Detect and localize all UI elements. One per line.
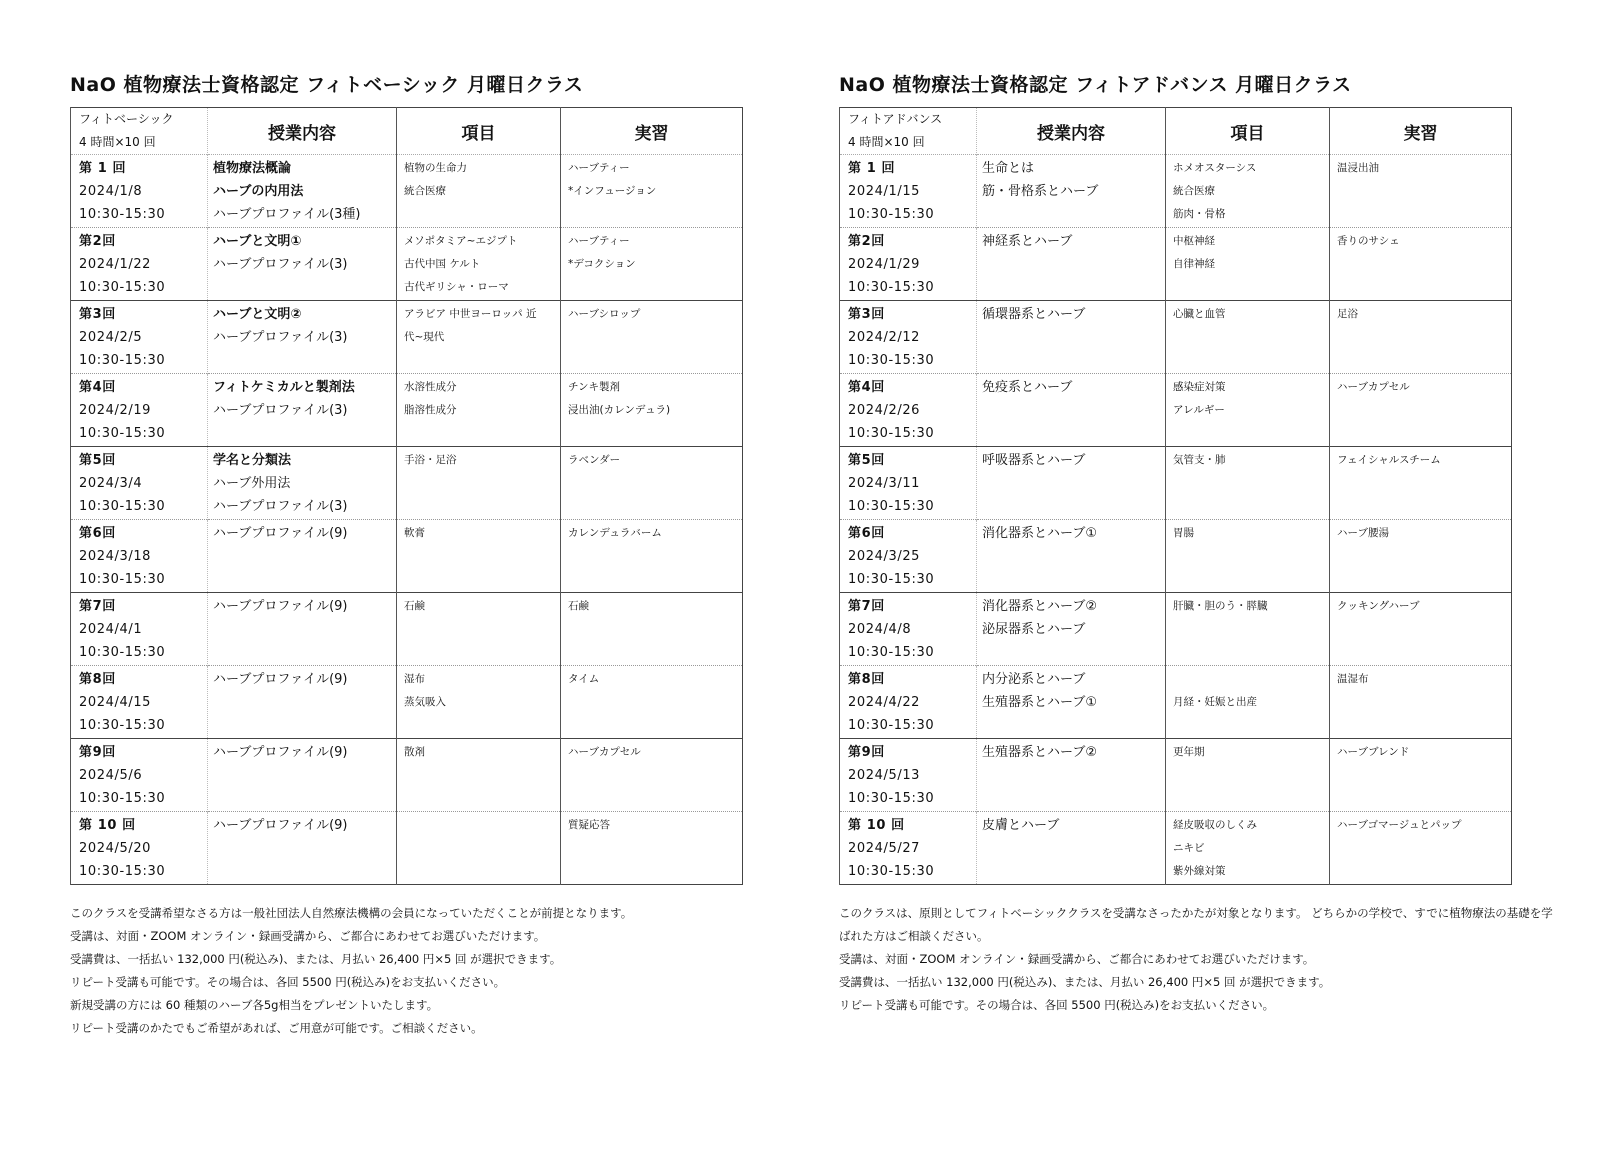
column-header-practice: 実習 <box>1330 108 1512 155</box>
lesson-content: 内分泌系とハーブ <box>977 668 1165 691</box>
topic-cell: 散剤 <box>397 739 561 812</box>
session-row: 第7回2024/4/110:30-15:30ハーブプロファイル(9)石鹸石鹸 <box>71 593 743 666</box>
session-time: 10:30-15:30 <box>840 787 976 810</box>
session-info-cell: 第4回2024/2/2610:30-15:30 <box>840 374 977 447</box>
topic-cell: 経皮吸収のしくみニキビ紫外線対策 <box>1166 812 1330 885</box>
session-number: 第7回 <box>840 595 976 618</box>
session-number: 第4回 <box>71 376 207 399</box>
session-time: 10:30-15:30 <box>71 860 207 883</box>
topic: 胃腸 <box>1166 522 1329 545</box>
session-row: 第9回2024/5/1310:30-15:30生殖器系とハーブ②更年期ハーブブレ… <box>840 739 1512 812</box>
practice-item: *デコクション <box>561 253 742 276</box>
topic: 脂溶性成分 <box>397 399 560 422</box>
session-date: 2024/2/12 <box>840 326 976 349</box>
lesson-content: ハーブプロファイル(3) <box>208 326 396 349</box>
topic-cell: ホメオスターシス統合医療筋肉・骨格 <box>1166 155 1330 228</box>
session-row: 第9回2024/5/610:30-15:30ハーブプロファイル(9)散剤ハーブカ… <box>71 739 743 812</box>
lesson-content-cell: ハーブプロファイル(9) <box>208 812 397 885</box>
topic: 筋肉・骨格 <box>1166 203 1329 226</box>
topic-cell: 更年期 <box>1166 739 1330 812</box>
session-date: 2024/5/13 <box>840 764 976 787</box>
session-date: 2024/3/18 <box>71 545 207 568</box>
session-row: 第5回2024/3/1110:30-15:30呼吸器系とハーブ気管支・肺フェイシ… <box>840 447 1512 520</box>
session-date: 2024/1/29 <box>840 253 976 276</box>
session-number: 第4回 <box>840 376 976 399</box>
topic: 水溶性成分 <box>397 376 560 399</box>
lesson-content-cell: 免疫系とハーブ <box>977 374 1166 447</box>
practice-item-cell: 足浴 <box>1330 301 1512 374</box>
practice-item-cell: 温湿布 <box>1330 666 1512 739</box>
note-line: 受講費は、一括払い 132,000 円(税込み)、または、月払い 26,400 … <box>70 948 790 971</box>
session-row: 第3回2024/2/510:30-15:30ハーブと文明②ハーブプロファイル(3… <box>71 301 743 374</box>
course-hours: 4 時間×10 回 <box>79 131 207 154</box>
topic: 肝臓・胆のう・膵臓 <box>1166 595 1329 618</box>
practice-item-cell: 質疑応答 <box>561 812 743 885</box>
practice-item: ハーブブレンド <box>1330 741 1511 764</box>
session-time: 10:30-15:30 <box>71 495 207 518</box>
topic: 古代ギリシャ・ローマ <box>397 276 560 299</box>
session-info-cell: 第8回2024/4/1510:30-15:30 <box>71 666 208 739</box>
lesson-content-cell: 循環器系とハーブ <box>977 301 1166 374</box>
practice-item: ハーブティー <box>561 230 742 253</box>
session-time: 10:30-15:30 <box>840 276 976 299</box>
session-time: 10:30-15:30 <box>840 860 976 883</box>
lesson-content: 泌尿器系とハーブ <box>977 618 1165 641</box>
session-date: 2024/4/1 <box>71 618 207 641</box>
session-time: 10:30-15:30 <box>840 349 976 372</box>
session-info-cell: 第3回2024/2/510:30-15:30 <box>71 301 208 374</box>
practice-item: 香りのサシェ <box>1330 230 1511 253</box>
lesson-content-cell: ハーブプロファイル(9) <box>208 739 397 812</box>
session-number: 第2回 <box>840 230 976 253</box>
lesson-content: 筋・骨格系とハーブ <box>977 180 1165 203</box>
topic-cell: アラビア 中世ヨーロッパ 近代~現代 <box>397 301 561 374</box>
topic-cell: 胃腸 <box>1166 520 1330 593</box>
session-row: 第4回2024/2/1910:30-15:30フィトケミカルと製剤法ハーブプロフ… <box>71 374 743 447</box>
topic: 植物の生命力 <box>397 157 560 180</box>
column-header-content: 授業内容 <box>977 108 1166 155</box>
session-number: 第9回 <box>71 741 207 764</box>
session-info-cell: 第 1 回2024/1/810:30-15:30 <box>71 155 208 228</box>
topic: アラビア 中世ヨーロッパ 近 <box>397 303 560 326</box>
course-info-header: フィトベーシック 4 時間×10 回 <box>71 108 208 155</box>
topic: 代~現代 <box>397 326 560 349</box>
course-notes: このクラスを受講希望なさる方は一般社団法人自然療法機構の会員になっていただくこと… <box>70 902 790 1040</box>
table-header-row: フィトベーシック 4 時間×10 回 授業内容 項目 実習 <box>71 108 743 155</box>
session-row: 第4回2024/2/2610:30-15:30免疫系とハーブ感染症対策アレルギー… <box>840 374 1512 447</box>
session-date: 2024/1/8 <box>71 180 207 203</box>
note-line: 受講は、対面・ZOOM オンライン・録画受講から、ご都合にあわせてお選びいただけ… <box>70 925 790 948</box>
lesson-content-cell: 生殖器系とハーブ② <box>977 739 1166 812</box>
practice-item-cell: フェイシャルスチーム <box>1330 447 1512 520</box>
session-info-cell: 第7回2024/4/810:30-15:30 <box>840 593 977 666</box>
practice-item: ハーブカプセル <box>1330 376 1511 399</box>
practice-item: ハーブティー <box>561 157 742 180</box>
session-number: 第5回 <box>840 449 976 472</box>
session-date: 2024/3/4 <box>71 472 207 495</box>
session-number: 第9回 <box>840 741 976 764</box>
lesson-content-cell: 学名と分類法ハーブ外用法ハーブプロファイル(3) <box>208 447 397 520</box>
practice-item: 足浴 <box>1330 303 1511 326</box>
session-number: 第2回 <box>71 230 207 253</box>
practice-item: カレンデュラバーム <box>561 522 742 545</box>
topic: メソポタミア~エジプト <box>397 230 560 253</box>
practice-item-cell: ハーブティー*デコクション <box>561 228 743 301</box>
lesson-content: ハーブプロファイル(3) <box>208 253 396 276</box>
session-time: 10:30-15:30 <box>71 276 207 299</box>
session-row: 第2回2024/1/2910:30-15:30神経系とハーブ中枢神経自律神経香り… <box>840 228 1512 301</box>
lesson-content-cell: 神経系とハーブ <box>977 228 1166 301</box>
lesson-content: ハーブプロファイル(9) <box>208 595 396 618</box>
lesson-content: 循環器系とハーブ <box>977 303 1165 326</box>
practice-item: チンキ製剤 <box>561 376 742 399</box>
topic: 自律神経 <box>1166 253 1329 276</box>
lesson-content-cell: 皮膚とハーブ <box>977 812 1166 885</box>
course-notes: このクラスは、原則としてフィトベーシッククラスを受講なさったかたが対象となります… <box>839 902 1559 1017</box>
note-line: このクラスは、原則としてフィトベーシッククラスを受講なさったかたが対象となります… <box>839 902 1559 948</box>
practice-item: 浸出油(カレンデュラ) <box>561 399 742 422</box>
session-time: 10:30-15:30 <box>71 349 207 372</box>
practice-item: フェイシャルスチーム <box>1330 449 1511 472</box>
topic-cell: メソポタミア~エジプト古代中国 ケルト古代ギリシャ・ローマ <box>397 228 561 301</box>
lesson-content-cell: ハーブと文明②ハーブプロファイル(3) <box>208 301 397 374</box>
topic-cell: 気管支・肺 <box>1166 447 1330 520</box>
session-row: 第 10 回2024/5/2010:30-15:30ハーブプロファイル(9)質疑… <box>71 812 743 885</box>
session-row: 第 10 回2024/5/2710:30-15:30皮膚とハーブ経皮吸収のしくみ… <box>840 812 1512 885</box>
column-header-topics: 項目 <box>1166 108 1330 155</box>
session-number: 第5回 <box>71 449 207 472</box>
lesson-content-cell: ハーブと文明①ハーブプロファイル(3) <box>208 228 397 301</box>
lesson-content: ハーブプロファイル(9) <box>208 741 396 764</box>
session-date: 2024/5/20 <box>71 837 207 860</box>
lesson-content: 免疫系とハーブ <box>977 376 1165 399</box>
topic: 湿布 <box>397 668 560 691</box>
session-number: 第7回 <box>71 595 207 618</box>
session-time: 10:30-15:30 <box>840 714 976 737</box>
topic-cell: 植物の生命力統合医療 <box>397 155 561 228</box>
lesson-content: ハーブプロファイル(9) <box>208 668 396 691</box>
session-row: 第7回2024/4/810:30-15:30消化器系とハーブ②泌尿器系とハーブ肝… <box>840 593 1512 666</box>
session-number: 第3回 <box>71 303 207 326</box>
topic-cell: 肝臓・胆のう・膵臓 <box>1166 593 1330 666</box>
topic: 手浴・足浴 <box>397 449 560 472</box>
topic-cell: 湿布蒸気吸入 <box>397 666 561 739</box>
topic: アレルギー <box>1166 399 1329 422</box>
session-time: 10:30-15:30 <box>840 495 976 518</box>
lesson-content: ハーブプロファイル(9) <box>208 522 396 545</box>
practice-item-cell: タイム <box>561 666 743 739</box>
session-date: 2024/3/11 <box>840 472 976 495</box>
session-date: 2024/4/22 <box>840 691 976 714</box>
session-time: 10:30-15:30 <box>840 422 976 445</box>
practice-item-cell: ハーブカプセル <box>1330 374 1512 447</box>
session-date: 2024/1/15 <box>840 180 976 203</box>
session-info-cell: 第2回2024/1/2910:30-15:30 <box>840 228 977 301</box>
session-info-cell: 第5回2024/3/410:30-15:30 <box>71 447 208 520</box>
lesson-content: ハーブと文明② <box>208 303 396 326</box>
session-time: 10:30-15:30 <box>71 568 207 591</box>
lesson-content: 学名と分類法 <box>208 449 396 472</box>
practice-item: ハーブ腰湯 <box>1330 522 1511 545</box>
topic <box>1166 668 1329 691</box>
course-name: フィトベーシック <box>79 108 207 131</box>
lesson-content-cell: 消化器系とハーブ① <box>977 520 1166 593</box>
topic: 散剤 <box>397 741 560 764</box>
session-row: 第6回2024/3/2510:30-15:30消化器系とハーブ①胃腸ハーブ腰湯 <box>840 520 1512 593</box>
session-row: 第8回2024/4/2210:30-15:30内分泌系とハーブ生殖器系とハーブ①… <box>840 666 1512 739</box>
practice-item-cell: ハーブティー*インフュージョン <box>561 155 743 228</box>
session-date: 2024/4/15 <box>71 691 207 714</box>
lesson-content-cell: 植物療法概論ハーブの内用法ハーブプロファイル(3種) <box>208 155 397 228</box>
lesson-content-cell: ハーブプロファイル(9) <box>208 593 397 666</box>
topic: 統合医療 <box>397 180 560 203</box>
lesson-content-cell: 呼吸器系とハーブ <box>977 447 1166 520</box>
course-info-header: フィトアドバンス 4 時間×10 回 <box>840 108 977 155</box>
session-number: 第8回 <box>840 668 976 691</box>
schedule-table: フィトベーシック 4 時間×10 回 授業内容 項目 実習 第 1 回2024/… <box>70 107 743 885</box>
session-info-cell: 第9回2024/5/610:30-15:30 <box>71 739 208 812</box>
session-row: 第8回2024/4/1510:30-15:30ハーブプロファイル(9)湿布蒸気吸… <box>71 666 743 739</box>
session-time: 10:30-15:30 <box>71 714 207 737</box>
note-line: リピート受講も可能です。その場合は、各回 5500 円(税込み)をお支払いくださ… <box>839 994 1559 1017</box>
session-info-cell: 第4回2024/2/1910:30-15:30 <box>71 374 208 447</box>
lesson-content: ハーブプロファイル(9) <box>208 814 396 837</box>
session-row: 第 1 回2024/1/1510:30-15:30生命とは筋・骨格系とハーブホメ… <box>840 155 1512 228</box>
session-date: 2024/2/19 <box>71 399 207 422</box>
session-info-cell: 第6回2024/3/2510:30-15:30 <box>840 520 977 593</box>
practice-item-cell: クッキングハーブ <box>1330 593 1512 666</box>
session-date: 2024/5/6 <box>71 764 207 787</box>
lesson-content: 生殖器系とハーブ② <box>977 741 1165 764</box>
session-info-cell: 第 10 回2024/5/2710:30-15:30 <box>840 812 977 885</box>
topic: 古代中国 ケルト <box>397 253 560 276</box>
lesson-content-cell: 消化器系とハーブ②泌尿器系とハーブ <box>977 593 1166 666</box>
session-date: 2024/3/25 <box>840 545 976 568</box>
topic: 紫外線対策 <box>1166 860 1329 883</box>
session-number: 第8回 <box>71 668 207 691</box>
note-line: 新規受講の方には 60 種類のハーブ各5g相当をプレゼントいたします。 <box>70 994 790 1017</box>
column-header-practice: 実習 <box>561 108 743 155</box>
course-name: フィトアドバンス <box>848 108 976 131</box>
session-row: 第 1 回2024/1/810:30-15:30植物療法概論ハーブの内用法ハーブ… <box>71 155 743 228</box>
table-header-row: フィトアドバンス 4 時間×10 回 授業内容 項目 実習 <box>840 108 1512 155</box>
page-title: NaO 植物療法士資格認定 フィトアドバンス 月曜日クラス <box>839 70 1539 97</box>
practice-item-cell: 香りのサシェ <box>1330 228 1512 301</box>
practice-item: ハーブカプセル <box>561 741 742 764</box>
session-row: 第2回2024/1/2210:30-15:30ハーブと文明①ハーブプロファイル(… <box>71 228 743 301</box>
topic: 蒸気吸入 <box>397 691 560 714</box>
session-row: 第6回2024/3/1810:30-15:30ハーブプロファイル(9)軟膏カレン… <box>71 520 743 593</box>
topic: 統合医療 <box>1166 180 1329 203</box>
session-info-cell: 第2回2024/1/2210:30-15:30 <box>71 228 208 301</box>
practice-item: 温湿布 <box>1330 668 1511 691</box>
note-line: リピート受講も可能です。その場合は、各回 5500 円(税込み)をお支払いくださ… <box>70 971 790 994</box>
lesson-content: 消化器系とハーブ② <box>977 595 1165 618</box>
session-info-cell: 第3回2024/2/1210:30-15:30 <box>840 301 977 374</box>
session-time: 10:30-15:30 <box>71 422 207 445</box>
topic: 中枢神経 <box>1166 230 1329 253</box>
practice-item-cell: ラベンダー <box>561 447 743 520</box>
page-title: NaO 植物療法士資格認定 フィトベーシック 月曜日クラス <box>70 70 770 97</box>
session-number: 第 10 回 <box>71 814 207 837</box>
session-time: 10:30-15:30 <box>71 203 207 226</box>
lesson-content: ハーブプロファイル(3種) <box>208 203 396 226</box>
practice-item: タイム <box>561 668 742 691</box>
session-number: 第 1 回 <box>71 157 207 180</box>
topic-cell: 感染症対策アレルギー <box>1166 374 1330 447</box>
lesson-content: 消化器系とハーブ① <box>977 522 1165 545</box>
topic: 月経・妊娠と出産 <box>1166 691 1329 714</box>
session-time: 10:30-15:30 <box>840 641 976 664</box>
session-time: 10:30-15:30 <box>840 568 976 591</box>
practice-item-cell: ハーブブレンド <box>1330 739 1512 812</box>
session-date: 2024/1/22 <box>71 253 207 276</box>
topic-cell: 水溶性成分脂溶性成分 <box>397 374 561 447</box>
topic: 更年期 <box>1166 741 1329 764</box>
practice-item: 石鹸 <box>561 595 742 618</box>
session-time: 10:30-15:30 <box>840 203 976 226</box>
topic-cell: 月経・妊娠と出産 <box>1166 666 1330 739</box>
session-number: 第6回 <box>71 522 207 545</box>
lesson-content: 植物療法概論 <box>208 157 396 180</box>
lesson-content: 皮膚とハーブ <box>977 814 1165 837</box>
practice-item-cell: ハーブシロップ <box>561 301 743 374</box>
lesson-content-cell: 内分泌系とハーブ生殖器系とハーブ① <box>977 666 1166 739</box>
practice-item: ラベンダー <box>561 449 742 472</box>
topic: 石鹸 <box>397 595 560 618</box>
session-info-cell: 第 1 回2024/1/1510:30-15:30 <box>840 155 977 228</box>
topic-cell: 石鹸 <box>397 593 561 666</box>
session-time: 10:30-15:30 <box>71 641 207 664</box>
session-number: 第6回 <box>840 522 976 545</box>
practice-item: 温浸出油 <box>1330 157 1511 180</box>
course-hours: 4 時間×10 回 <box>848 131 976 154</box>
session-info-cell: 第5回2024/3/1110:30-15:30 <box>840 447 977 520</box>
session-date: 2024/4/8 <box>840 618 976 641</box>
practice-item-cell: ハーブ腰湯 <box>1330 520 1512 593</box>
session-info-cell: 第7回2024/4/110:30-15:30 <box>71 593 208 666</box>
topic-cell: 軟膏 <box>397 520 561 593</box>
session-number: 第 10 回 <box>840 814 976 837</box>
practice-item-cell: ハーブゴマージュとパップ <box>1330 812 1512 885</box>
session-info-cell: 第9回2024/5/1310:30-15:30 <box>840 739 977 812</box>
topic-cell: 心臓と血管 <box>1166 301 1330 374</box>
session-date: 2024/2/26 <box>840 399 976 422</box>
practice-item-cell: チンキ製剤浸出油(カレンデュラ) <box>561 374 743 447</box>
topic: ニキビ <box>1166 837 1329 860</box>
lesson-content: ハーブ外用法 <box>208 472 396 495</box>
practice-item: クッキングハーブ <box>1330 595 1511 618</box>
session-row: 第5回2024/3/410:30-15:30学名と分類法ハーブ外用法ハーブプロフ… <box>71 447 743 520</box>
lesson-content: フィトケミカルと製剤法 <box>208 376 396 399</box>
practice-item-cell: 温浸出油 <box>1330 155 1512 228</box>
session-number: 第3回 <box>840 303 976 326</box>
session-time: 10:30-15:30 <box>71 787 207 810</box>
column-header-topics: 項目 <box>397 108 561 155</box>
lesson-content-cell: ハーブプロファイル(9) <box>208 520 397 593</box>
session-number: 第 1 回 <box>840 157 976 180</box>
lesson-content: 生殖器系とハーブ① <box>977 691 1165 714</box>
note-line: 受講は、対面・ZOOM オンライン・録画受講から、ご都合にあわせてお選びいただけ… <box>839 948 1559 971</box>
lesson-content-cell: ハーブプロファイル(9) <box>208 666 397 739</box>
session-info-cell: 第8回2024/4/2210:30-15:30 <box>840 666 977 739</box>
practice-item: 質疑応答 <box>561 814 742 837</box>
topic: 軟膏 <box>397 522 560 545</box>
lesson-content: 呼吸器系とハーブ <box>977 449 1165 472</box>
topic: 経皮吸収のしくみ <box>1166 814 1329 837</box>
lesson-content: 神経系とハーブ <box>977 230 1165 253</box>
lesson-content: ハーブプロファイル(3) <box>208 495 396 518</box>
topic: 気管支・肺 <box>1166 449 1329 472</box>
practice-item: ハーブシロップ <box>561 303 742 326</box>
topic: 心臓と血管 <box>1166 303 1329 326</box>
practice-item-cell: ハーブカプセル <box>561 739 743 812</box>
session-date: 2024/5/27 <box>840 837 976 860</box>
session-row: 第3回2024/2/1210:30-15:30循環器系とハーブ心臓と血管足浴 <box>840 301 1512 374</box>
lesson-content-cell: フィトケミカルと製剤法ハーブプロファイル(3) <box>208 374 397 447</box>
session-info-cell: 第 10 回2024/5/2010:30-15:30 <box>71 812 208 885</box>
topic: 感染症対策 <box>1166 376 1329 399</box>
topic-cell <box>397 812 561 885</box>
note-line: 受講費は、一括払い 132,000 円(税込み)、または、月払い 26,400 … <box>839 971 1559 994</box>
lesson-content: ハーブと文明① <box>208 230 396 253</box>
lesson-content-cell: 生命とは筋・骨格系とハーブ <box>977 155 1166 228</box>
note-line: リピート受講のかたでもご希望があれば、ご用意が可能です。ご相談ください。 <box>70 1017 790 1040</box>
schedule-table: フィトアドバンス 4 時間×10 回 授業内容 項目 実習 第 1 回2024/… <box>839 107 1512 885</box>
column-header-content: 授業内容 <box>208 108 397 155</box>
topic: ホメオスターシス <box>1166 157 1329 180</box>
lesson-content: 生命とは <box>977 157 1165 180</box>
practice-item-cell: カレンデュラバーム <box>561 520 743 593</box>
lesson-content: ハーブの内用法 <box>208 180 396 203</box>
practice-item: *インフュージョン <box>561 180 742 203</box>
practice-item-cell: 石鹸 <box>561 593 743 666</box>
practice-item: ハーブゴマージュとパップ <box>1330 814 1511 837</box>
session-date: 2024/2/5 <box>71 326 207 349</box>
lesson-content: ハーブプロファイル(3) <box>208 399 396 422</box>
session-info-cell: 第6回2024/3/1810:30-15:30 <box>71 520 208 593</box>
topic-cell: 手浴・足浴 <box>397 447 561 520</box>
note-line: このクラスを受講希望なさる方は一般社団法人自然療法機構の会員になっていただくこと… <box>70 902 790 925</box>
topic-cell: 中枢神経自律神経 <box>1166 228 1330 301</box>
